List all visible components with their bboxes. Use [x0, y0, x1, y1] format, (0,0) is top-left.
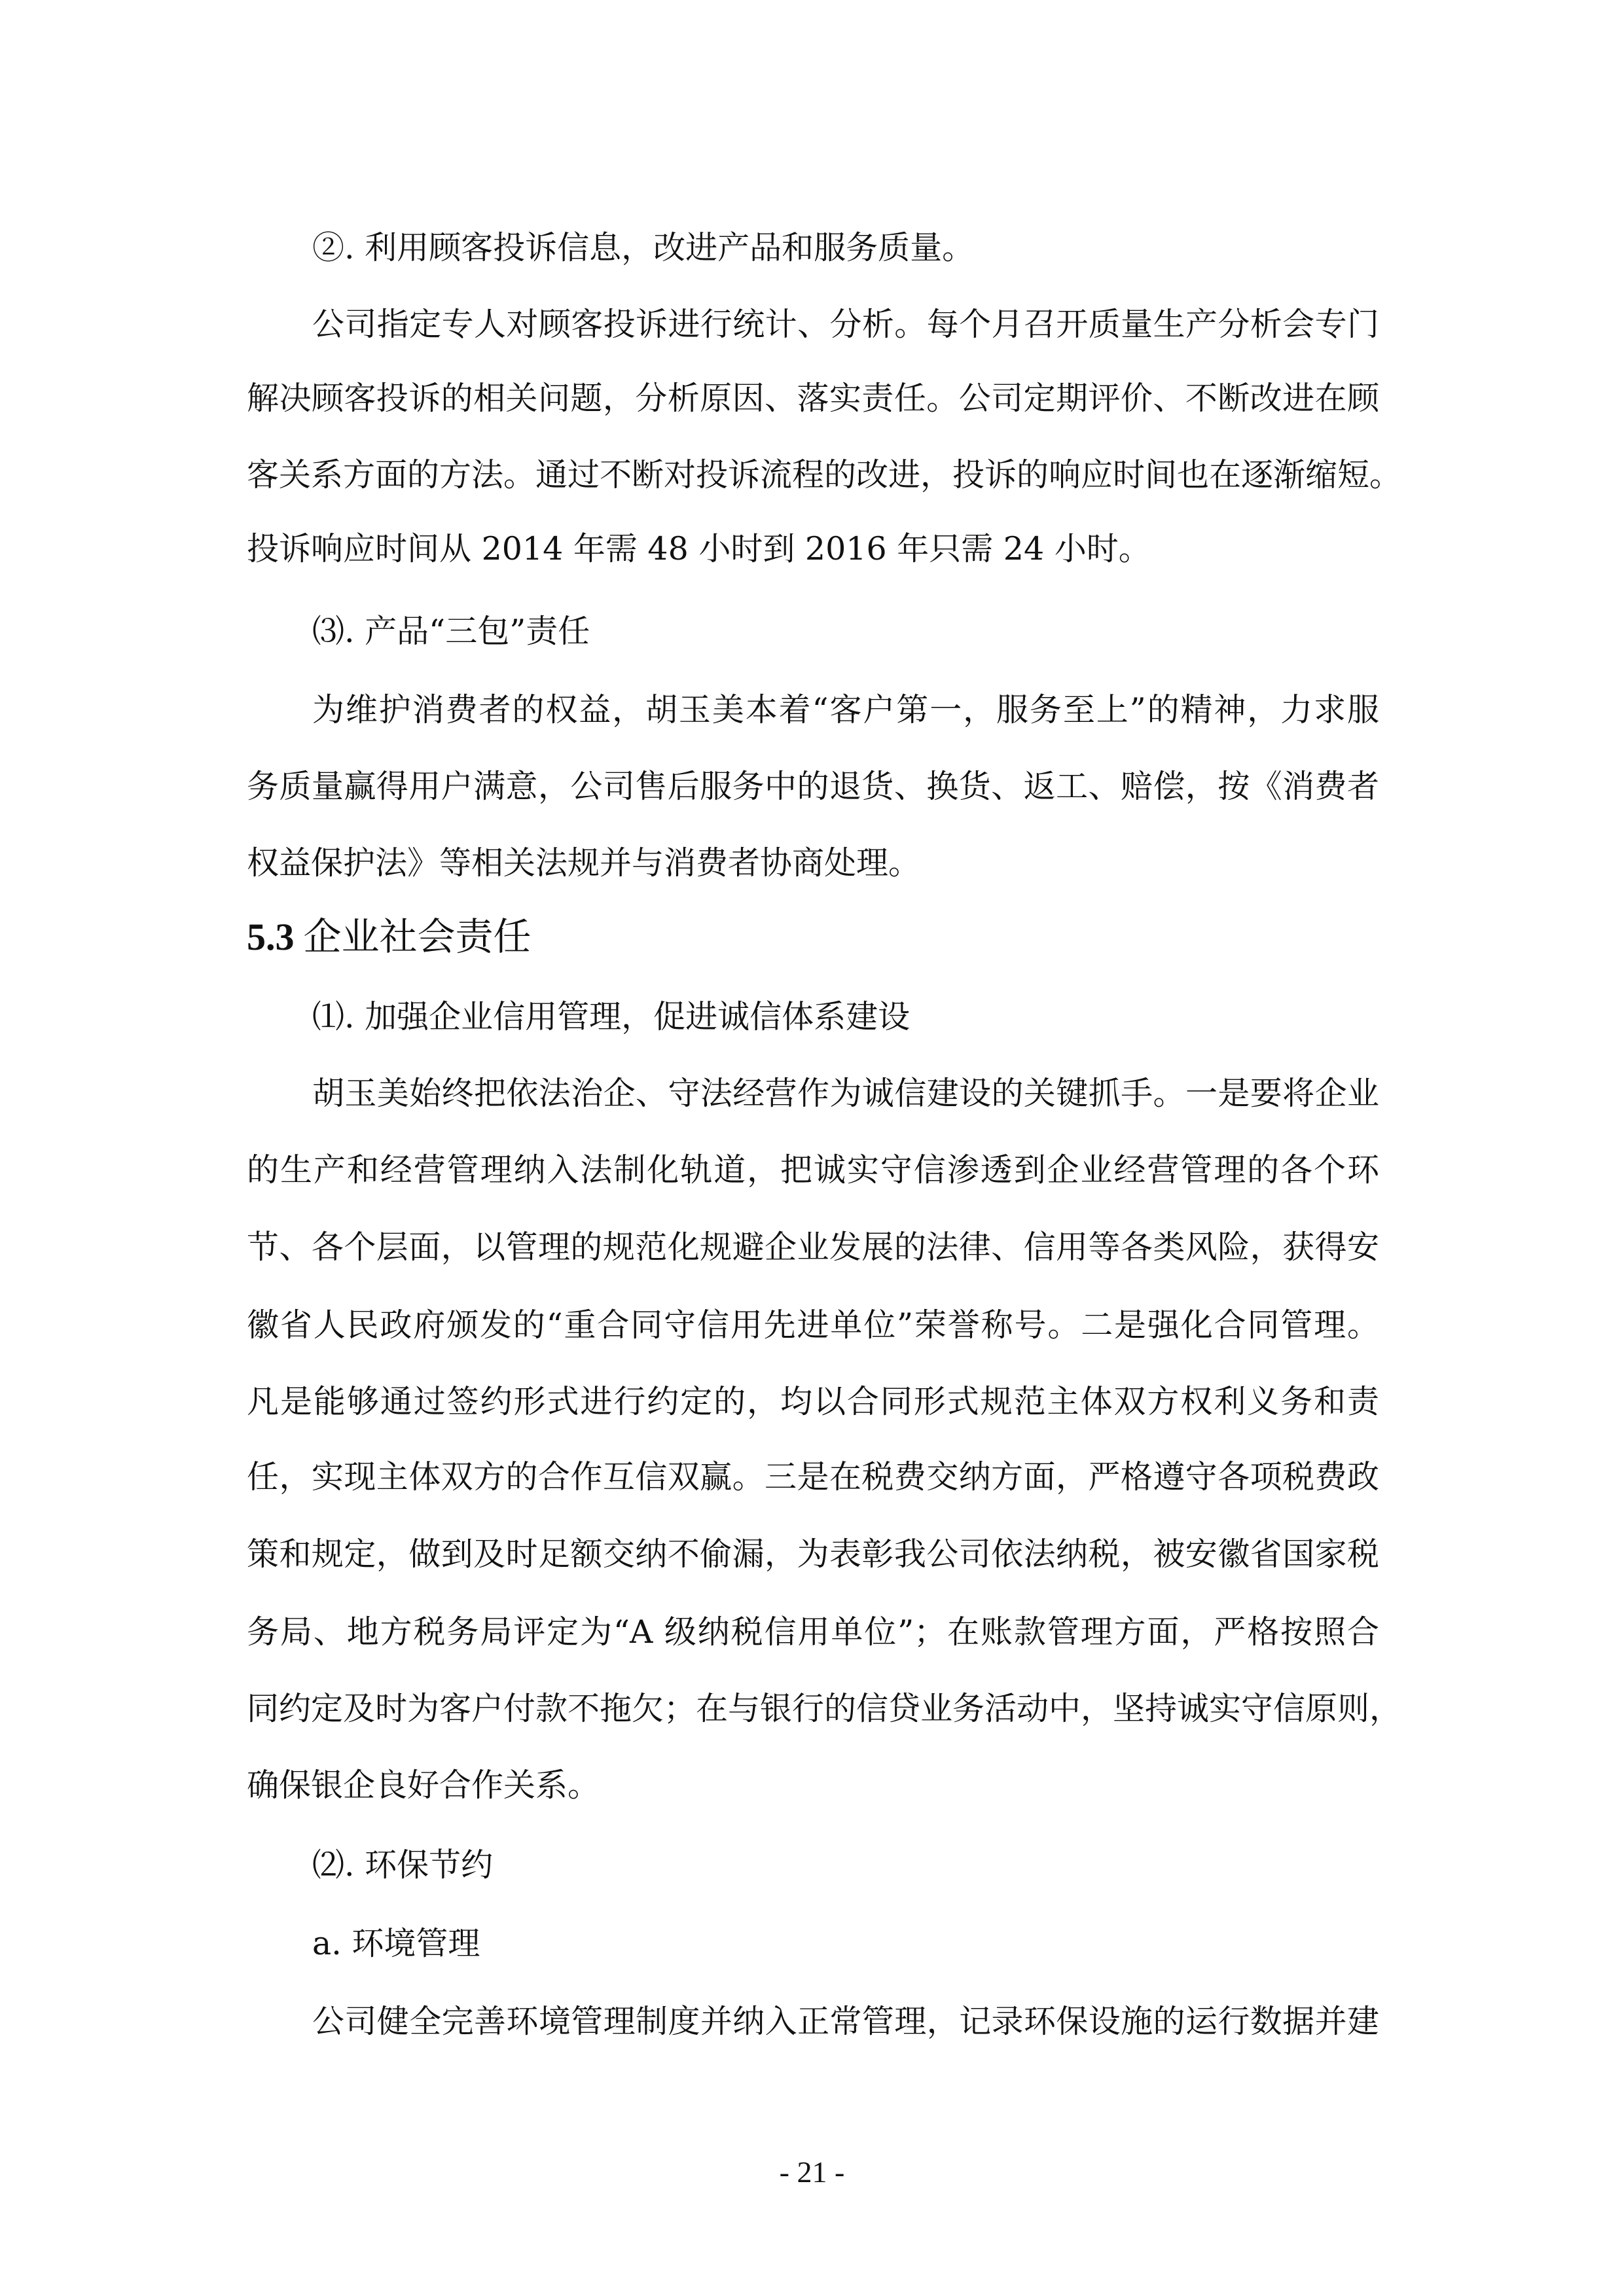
paragraph-line: 节、各个层面，以管理的规范化规避企业发展的法律、信用等各类风险，获得安: [247, 1228, 1379, 1267]
page-number: - 21 -: [0, 2153, 1624, 2192]
subheading: ⑴. 加强企业信用管理，促进诚信体系建设: [312, 997, 1379, 1037]
paragraph-line: 凡是能够通过签约形式进行约定的，均以合同形式规范主体双方权利义务和责: [247, 1382, 1379, 1422]
subheading: ⑵. 环保节约: [312, 1846, 1379, 1885]
section-heading: 5.3企业社会责任: [247, 914, 532, 960]
paragraph-line: 胡玉美始终把依法治企、守法经营作为诚信建设的关键抓手。一是要将企业: [312, 1074, 1379, 1113]
section-title: 企业社会责任: [304, 916, 532, 958]
paragraph-line: 公司指定专人对顾客投诉进行统计、分析。每个月召开质量生产分析会专门: [312, 305, 1379, 344]
paragraph-line: 公司健全完善环境管理制度并纳入正常管理，记录环保设施的运行数据并建: [312, 2002, 1379, 2041]
section-number: 5.3: [247, 916, 295, 958]
document-page: ②. 利用顾客投诉信息，改进产品和服务质量。公司指定专人对顾客投诉进行统计、分析…: [0, 0, 1624, 2296]
paragraph-line: 权益保护法》等相关法规并与消费者协商处理。: [247, 844, 1379, 883]
paragraph-line: 的生产和经营管理纳入法制化轨道，把诚实守信渗透到企业经营管理的各个环: [247, 1151, 1379, 1190]
paragraph-line: 徽省人民政府颁发的“重合同守信用先进单位”荣誉称号。二是强化合同管理。: [247, 1306, 1379, 1345]
subheading: ⑶. 产品“三包”责任: [312, 612, 1379, 651]
paragraph-line: 客关系方面的方法。通过不断对投诉流程的改进，投诉的响应时间也在逐渐缩短。: [247, 456, 1379, 495]
paragraph-line: 为维护消费者的权益，胡玉美本着“客户第一，服务至上”的精神，力求服: [312, 691, 1379, 730]
subheading: a. 环境管理: [312, 1924, 1379, 1964]
paragraph-line: 同约定及时为客户付款不拖欠；在与银行的信贷业务活动中，坚持诚实守信原则，: [247, 1689, 1379, 1729]
subheading: ②. 利用顾客投诉信息，改进产品和服务质量。: [312, 228, 1379, 268]
paragraph-line: 任，实现主体双方的合作互信双赢。三是在税费交纳方面，严格遵守各项税费政: [247, 1458, 1379, 1497]
paragraph-line: 解决顾客投诉的相关问题，分析原因、落实责任。公司定期评价、不断改进在顾: [247, 379, 1379, 418]
paragraph-line: 投诉响应时间从 2014 年需 48 小时到 2016 年只需 24 小时。: [247, 529, 1379, 569]
paragraph-line: 策和规定，做到及时足额交纳不偷漏，为表彰我公司依法纳税，被安徽省国家税: [247, 1535, 1379, 1574]
paragraph-line: 确保银企良好合作关系。: [247, 1766, 1379, 1805]
paragraph-line: 务局、地方税务局评定为“A 级纳税信用单位”；在账款管理方面，严格按照合: [247, 1613, 1379, 1652]
paragraph-line: 务质量赢得用户满意，公司售后服务中的退货、换货、返工、赔偿，按《消费者: [247, 767, 1379, 806]
